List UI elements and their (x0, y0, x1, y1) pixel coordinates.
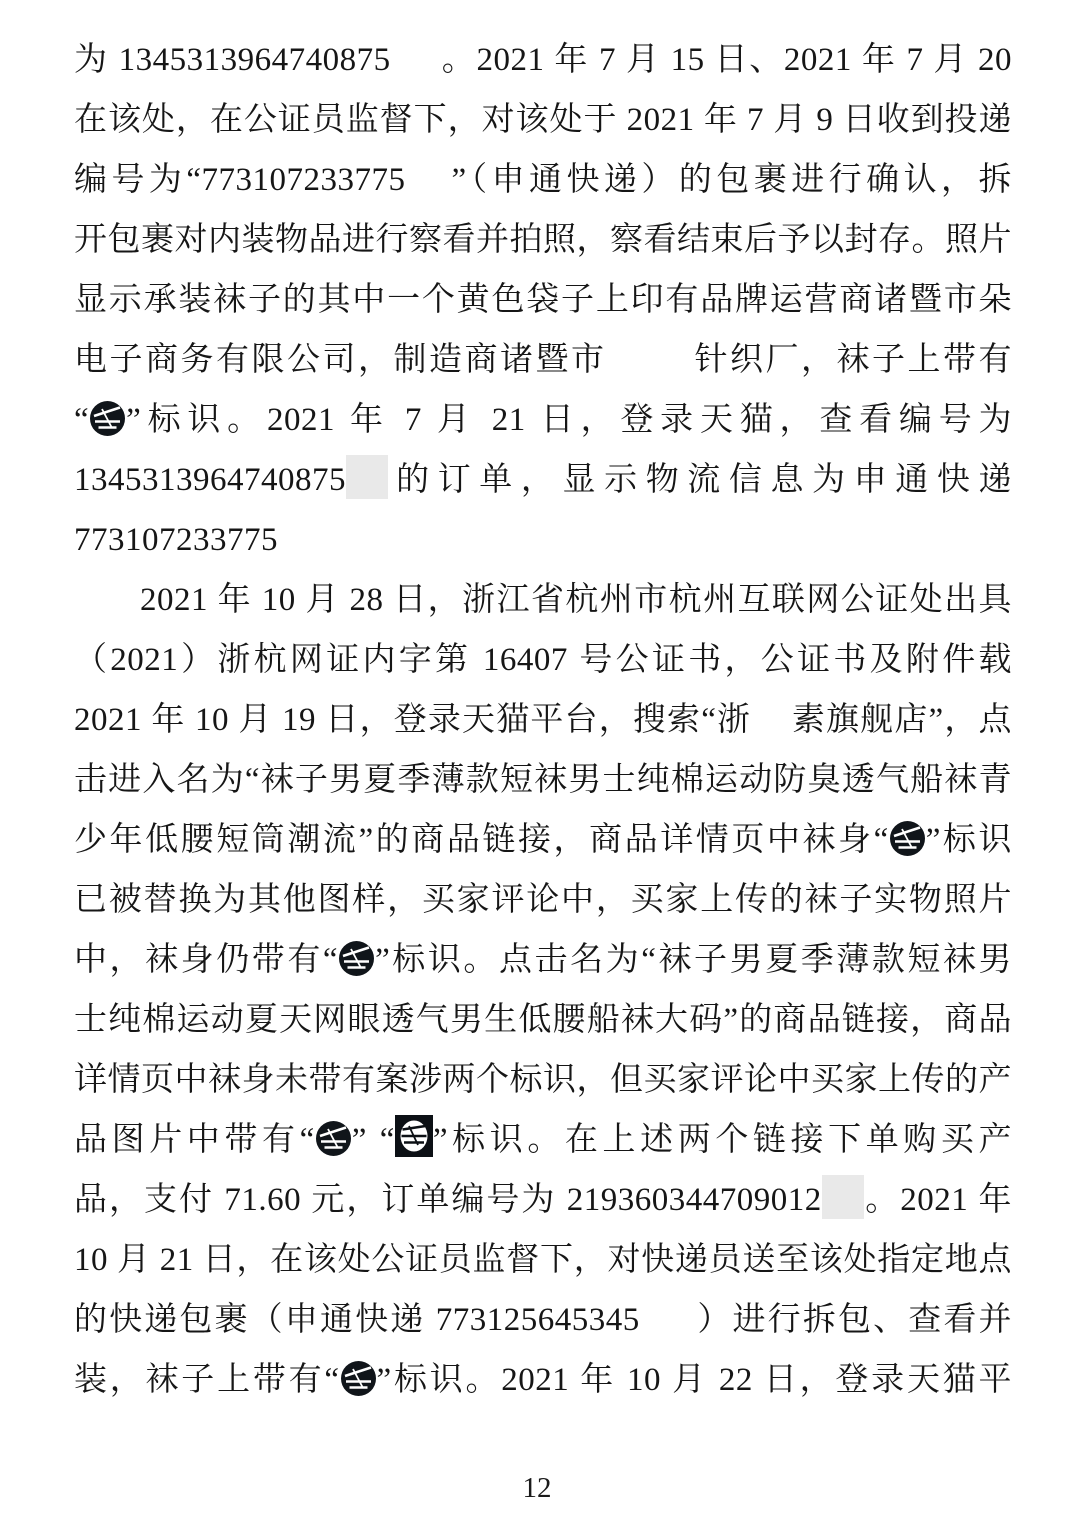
text-run: 素旗舰店”，点 (791, 702, 1012, 738)
text-run: 为 1345313964740875 (74, 42, 391, 78)
text-run: 2021 年 10 月 28 日，浙江省杭州市杭州互联网公证处出具 (140, 582, 1012, 618)
text-line: 2021 年 10 月 19 日，登录天猫平台，搜索“浙素旗舰店”，点 (74, 690, 1012, 750)
sock-brand-circle-logo-icon (89, 400, 126, 437)
text-run: 编号为“773107233775 (74, 162, 406, 198)
sock-brand-circle-logo-icon (315, 1120, 352, 1157)
redacted-blank-space (751, 704, 791, 734)
text-run: 2021 年 10 月 19 日，登录天猫平台，搜索“浙 (74, 702, 751, 738)
text-run: 品，支付 71.60 元，订单编号为 219360344709012 (74, 1182, 822, 1218)
text-run: 中，袜身仍带有“ (74, 942, 338, 978)
text-line: 士纯棉运动夏天网眼透气男生低腰船袜大码”的商品链接，商品 (74, 990, 1012, 1050)
sock-brand-circle-logo-icon (338, 940, 375, 977)
text-run: ”标识 (926, 822, 1012, 858)
text-run: ”标识。2021 年 10 月 22 日，登录天猫平 (377, 1362, 1012, 1398)
document-page: 为 1345313964740875。2021 年 7 月 15 日、2021 … (74, 30, 1012, 1410)
text-run: 10 月 21 日，在该处公证员监督下，对快递员送至该处指定地点 (74, 1242, 1012, 1278)
text-run: 1345313964740875 (74, 462, 346, 498)
redaction-box (822, 1175, 864, 1219)
text-run: 少年低腰短筒潮流”的商品链接，商品详情页中袜身“ (74, 822, 889, 858)
text-run: 电子商务有限公司，制造商诸暨市 (74, 342, 607, 378)
sock-brand-circle-logo-icon (889, 820, 926, 857)
text-run: 针织厂，袜子上带有 (693, 342, 1013, 378)
text-run: ” “ (352, 1122, 395, 1158)
page-number: 12 (0, 1472, 1074, 1505)
text-run: 击进入名为“袜子男夏季薄款短袜男士纯棉运动防臭透气船袜青 (74, 762, 1012, 798)
text-run: 详情页中袜身未带有案涉两个标识，但买家评论中买家上传的产 (74, 1062, 1012, 1098)
text-line: “ ”标识。2021 年 7 月 21 日，登录天猫，查看编号为 (74, 390, 1012, 450)
redaction-box (346, 455, 388, 499)
text-run: “ (74, 402, 89, 438)
text-run: ”标识。点击名为“袜子男夏季薄款短袜男 (375, 942, 1012, 978)
text-run: 开包裹对内装物品进行察看并拍照，察看结束后予以封存。照片 (74, 222, 1012, 258)
text-run: 的快递包裹（申通快递 773125645345 (74, 1302, 640, 1338)
text-line: 2021 年 10 月 28 日，浙江省杭州市杭州互联网公证处出具 (74, 570, 1012, 630)
text-line: 已被替换为其他图样，买家评论中，买家上传的袜子实物照片 (74, 870, 1012, 930)
text-line: 装，袜子上带有“ ”标识。2021 年 10 月 22 日，登录天猫平 (74, 1350, 1012, 1410)
text-line: 详情页中袜身未带有案涉两个标识，但买家评论中买家上传的产 (74, 1050, 1012, 1110)
text-line: 为 1345313964740875。2021 年 7 月 15 日、2021 … (74, 30, 1012, 90)
redacted-blank-space (406, 164, 452, 194)
text-run: 。2021 年 (864, 1182, 1012, 1218)
text-run: 的订单，显示物流信息为申通快递 (388, 462, 1012, 498)
text-run: 品图片中带有“ (74, 1122, 315, 1158)
text-run: 装，袜子上带有“ (74, 1362, 340, 1398)
text-line: 击进入名为“袜子男夏季薄款短袜男士纯棉运动防臭透气船袜青 (74, 750, 1012, 810)
text-line: 1345313964740875的订单，显示物流信息为申通快递 (74, 450, 1012, 510)
text-line: 10 月 21 日，在该处公证员监督下，对快递员送至该处指定地点 (74, 1230, 1012, 1290)
text-run: 773107233775 (74, 522, 278, 558)
text-run: ”（申通快递）的包裹进行确认，拆 (452, 162, 1012, 198)
text-run: 已被替换为其他图样，买家评论中，买家上传的袜子实物照片 (74, 882, 1012, 918)
text-run: 在该处，在公证员监督下，对该处于 2021 年 7 月 9 日收到投递 (74, 102, 1012, 138)
text-line: 的快递包裹（申通快递 773125645345）进行拆包、查看并封 (74, 1290, 1012, 1350)
text-line: 电子商务有限公司，制造商诸暨市针织厂，袜子上带有 (74, 330, 1012, 390)
redacted-blank-space (391, 44, 441, 74)
text-run: 显示承装袜子的其中一个黄色袋子上印有品牌运营商诸暨市朵 (74, 282, 1012, 318)
text-line: 开包裹对内装物品进行察看并拍照，察看结束后予以封存。照片 (74, 210, 1012, 270)
redacted-blank-space (607, 344, 693, 374)
text-line: 编号为“773107233775”（申通快递）的包裹进行确认，拆 (74, 150, 1012, 210)
text-run: ”标识。2021 年 7 月 21 日，登录天猫，查看编号为 (126, 402, 1012, 438)
text-line: （2021）浙杭网证内字第 16407 号公证书，公证书及附件载明， (74, 630, 1012, 690)
text-run: 士纯棉运动夏天网眼透气男生低腰船袜大码”的商品链接，商品 (74, 1002, 1012, 1038)
text-run: ”标识。在上述两个链接下单购买产 (433, 1122, 1012, 1158)
sock-brand-square-logo-icon (395, 1115, 433, 1157)
text-line: 在该处，在公证员监督下，对该处于 2021 年 7 月 9 日收到投递 (74, 90, 1012, 150)
text-line: 773107233775 (74, 510, 1012, 570)
sock-brand-circle-logo-icon (340, 1360, 377, 1397)
text-line: 中，袜身仍带有“ ”标识。点击名为“袜子男夏季薄款短袜男 (74, 930, 1012, 990)
text-line: 少年低腰短筒潮流”的商品链接，商品详情页中袜身“ ”标识 (74, 810, 1012, 870)
redacted-blank-space (640, 1304, 696, 1334)
text-line: 品图片中带有“ ” “ ”标识。在上述两个链接下单购买产 (74, 1110, 1012, 1170)
text-line: 品，支付 71.60 元，订单编号为 219360344709012。2021 … (74, 1170, 1012, 1230)
text-line: 显示承装袜子的其中一个黄色袋子上印有品牌运营商诸暨市朵 (74, 270, 1012, 330)
text-run: （2021）浙杭网证内字第 16407 号公证书，公证书及附件载明， (74, 642, 1012, 690)
